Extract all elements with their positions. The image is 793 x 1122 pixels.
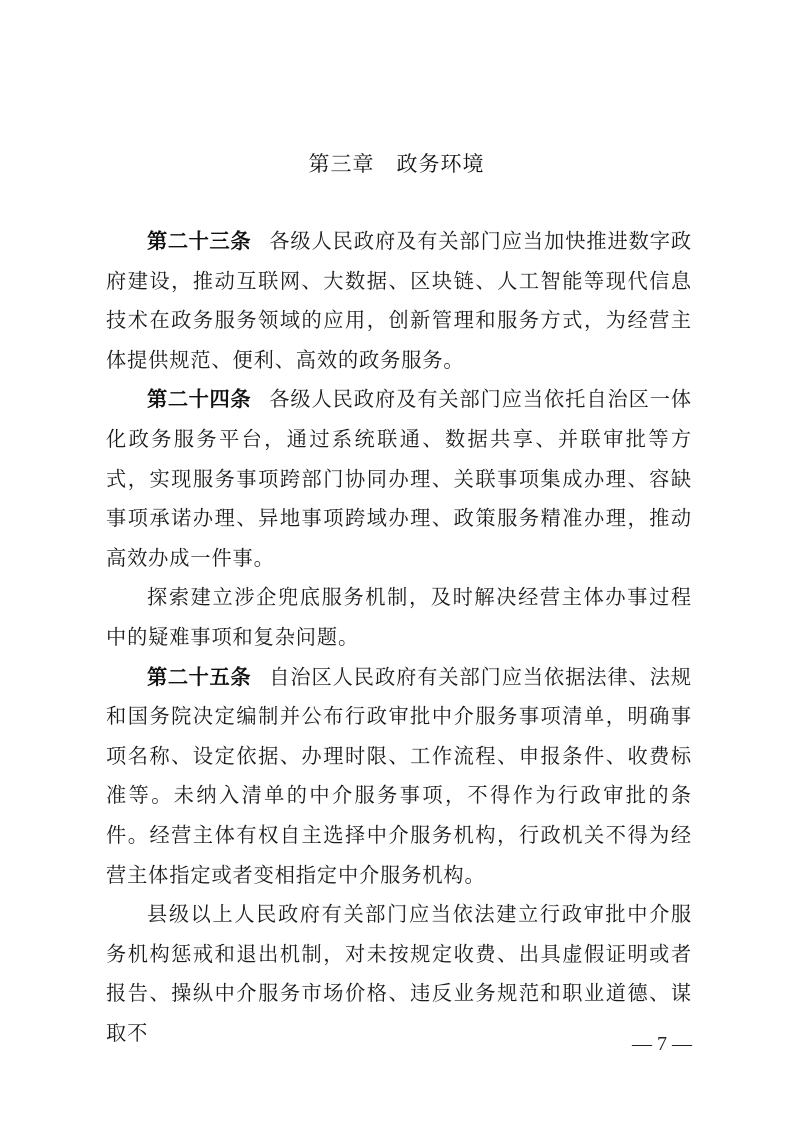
paragraph: 县级以上人民政府有关部门应当依法建立行政审批中介服务机构惩戒和退出机制，对未按规…: [106, 895, 692, 1053]
document-page: 第三章政务环境 第二十三条各级人民政府及有关部门应当加快推进数字政府建设，推动互…: [0, 0, 793, 1122]
paragraph-text: 探索建立涉企兜底服务机制，及时解决经营主体办事过程中的疑难事项和复杂问题。: [106, 585, 692, 649]
paragraph-text: 县级以上人民政府有关部门应当依法建立行政审批中介服务机构惩戒和退出机制，对未按规…: [106, 902, 692, 1045]
article-paragraph: 第二十三条各级人民政府及有关部门应当加快推进数字政府建设，推动互联网、大数据、区…: [106, 222, 692, 380]
body-text: 第二十三条各级人民政府及有关部门应当加快推进数字政府建设，推动互联网、大数据、区…: [106, 222, 692, 1053]
article-paragraph: 第二十四条各级人民政府及有关部门应当依托自治区一体化政务服务平台，通过系统联通、…: [106, 380, 692, 578]
chapter-heading: 第三章政务环境: [0, 148, 793, 178]
page-number: — 7 —: [600, 1033, 692, 1056]
article-paragraph: 第二十五条自治区人民政府有关部门应当依据法律、法规和国务院决定编制并公布行政审批…: [106, 658, 692, 896]
paragraph: 探索建立涉企兜底服务机制，及时解决经营主体办事过程中的疑难事项和复杂问题。: [106, 578, 692, 657]
article-number: 第二十五条: [147, 665, 251, 689]
article-number: 第二十四条: [147, 387, 251, 411]
article-number: 第二十三条: [147, 229, 251, 253]
chapter-title-text: 政务环境: [397, 152, 485, 176]
chapter-number: 第三章: [309, 152, 375, 176]
paragraph-text: 各级人民政府及有关部门应当依托自治区一体化政务服务平台，通过系统联通、数据共享、…: [106, 387, 692, 569]
paragraph-text: 自治区人民政府有关部门应当依据法律、法规和国务院决定编制并公布行政审批中介服务事…: [106, 665, 692, 887]
